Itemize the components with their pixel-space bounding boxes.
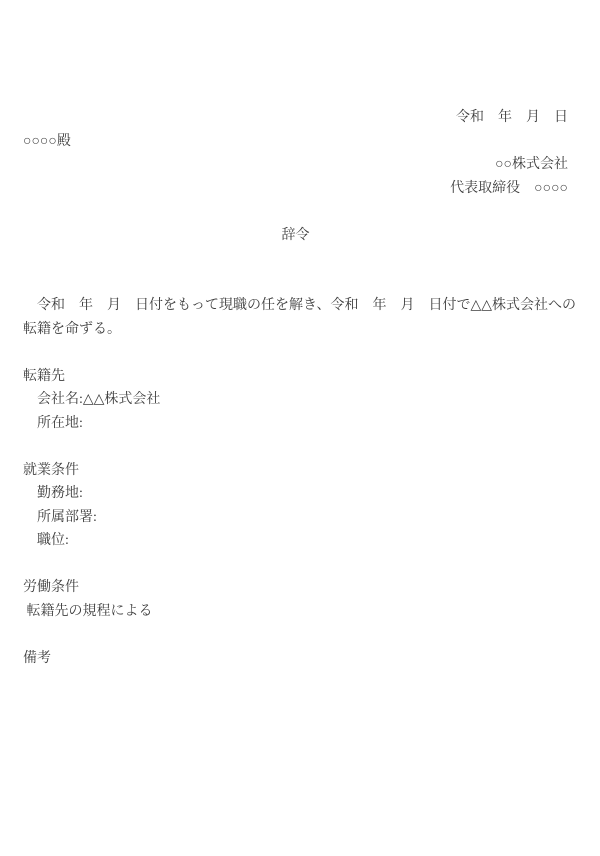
section-heading-employment-conditions: 就業条件 <box>23 459 568 483</box>
document-title: 辞令 <box>23 224 568 248</box>
item-position: 職位: <box>23 529 568 553</box>
blank-line <box>23 247 568 271</box>
sender-representative: 代表取締役 ○○○○ <box>23 177 568 201</box>
body-line-1: 令和 年 月 日付をもって現職の任を解き、令和 年 月 日付で△△株式会社への <box>23 294 568 318</box>
item-address: 所在地: <box>23 412 568 436</box>
section-heading-labor-conditions: 労働条件 <box>23 576 568 600</box>
blank-line <box>23 623 568 647</box>
blank-line <box>23 200 568 224</box>
item-department: 所属部署: <box>23 506 568 530</box>
blank-line <box>23 553 568 577</box>
item-labor-conditions-value: 転籍先の規程による <box>23 600 568 624</box>
blank-line <box>23 271 568 295</box>
blank-line <box>23 341 568 365</box>
date-line: 令和 年 月 日 <box>23 106 568 130</box>
section-heading-transfer-destination: 転籍先 <box>23 365 568 389</box>
body-line-2: 転籍を命ずる。 <box>23 318 568 342</box>
item-company-name: 会社名:△△株式会社 <box>23 388 568 412</box>
blank-line <box>23 435 568 459</box>
item-work-location: 勤務地: <box>23 482 568 506</box>
addressee: ○○○○殿 <box>23 130 568 154</box>
section-heading-remarks: 備考 <box>23 647 568 671</box>
document-page: 令和 年 月 日 ○○○○殿 ○○株式会社 代表取締役 ○○○○ 辞令 令和 年… <box>0 0 600 856</box>
sender-company: ○○株式会社 <box>23 153 568 177</box>
